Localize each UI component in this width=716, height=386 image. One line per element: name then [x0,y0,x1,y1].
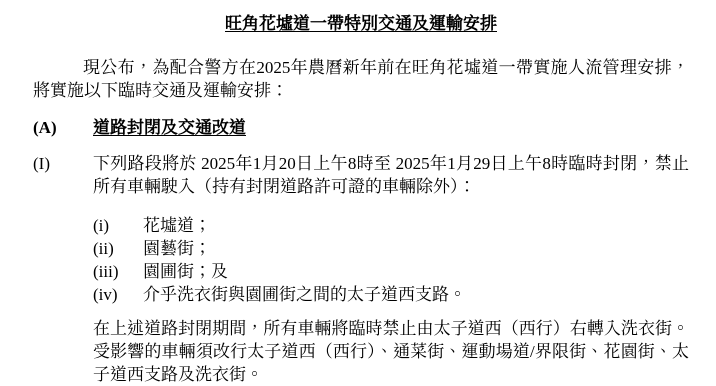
section-a-marker: (A) [33,116,93,139]
press-release-document: 旺角花墟道一帶特別交通及運輸安排 現公布，為配合警方在2025年農曆新年前在旺角… [0,0,716,386]
road-list-item: (ii) 園藝街； [93,237,689,260]
road-list-item: (i) 花墟道； [93,214,689,237]
road-list-item: (iv) 介乎洗衣街與園圃街之間的太子道西支路。 [93,283,689,306]
road-4-marker: (iv) [93,283,143,306]
clause-1: (I) 下列路段將於 2025年1月20日上午8時至 2025年1月29日上午8… [33,152,689,198]
road-2-name: 園藝街； [143,237,689,260]
intro-paragraph: 現公布，為配合警方在2025年農曆新年前在旺角花墟道一帶實施人流管理安排，將實施… [33,56,689,102]
road-4-name: 介乎洗衣街與園圃街之間的太子道西支路。 [143,283,689,306]
road-list-item: (iii) 園圃街；及 [93,260,689,283]
clause-1-marker: (I) [33,152,93,175]
road-1-name: 花墟道； [143,214,689,237]
section-a: (A) 道路封閉及交通改道 [33,116,689,139]
section-a-heading: 道路封閉及交通改道 [93,118,246,137]
road-3-name: 園圃街；及 [143,260,689,283]
road-3-marker: (iii) [93,260,143,283]
clause-1-text: 下列路段將於 2025年1月20日上午8時至 2025年1月29日上午8時臨時封… [93,152,689,198]
closed-roads-list: (i) 花墟道； (ii) 園藝街； (iii) 園圃街；及 (iv) 介乎洗衣… [93,214,689,306]
diversion-note: 在上述道路封閉期間，所有車輛將臨時禁止由太子道西（西行）右轉入洗衣街。受影響的車… [93,317,689,386]
road-2-marker: (ii) [93,237,143,260]
document-title: 旺角花墟道一帶特別交通及運輸安排 [33,12,689,35]
road-1-marker: (i) [93,214,143,237]
